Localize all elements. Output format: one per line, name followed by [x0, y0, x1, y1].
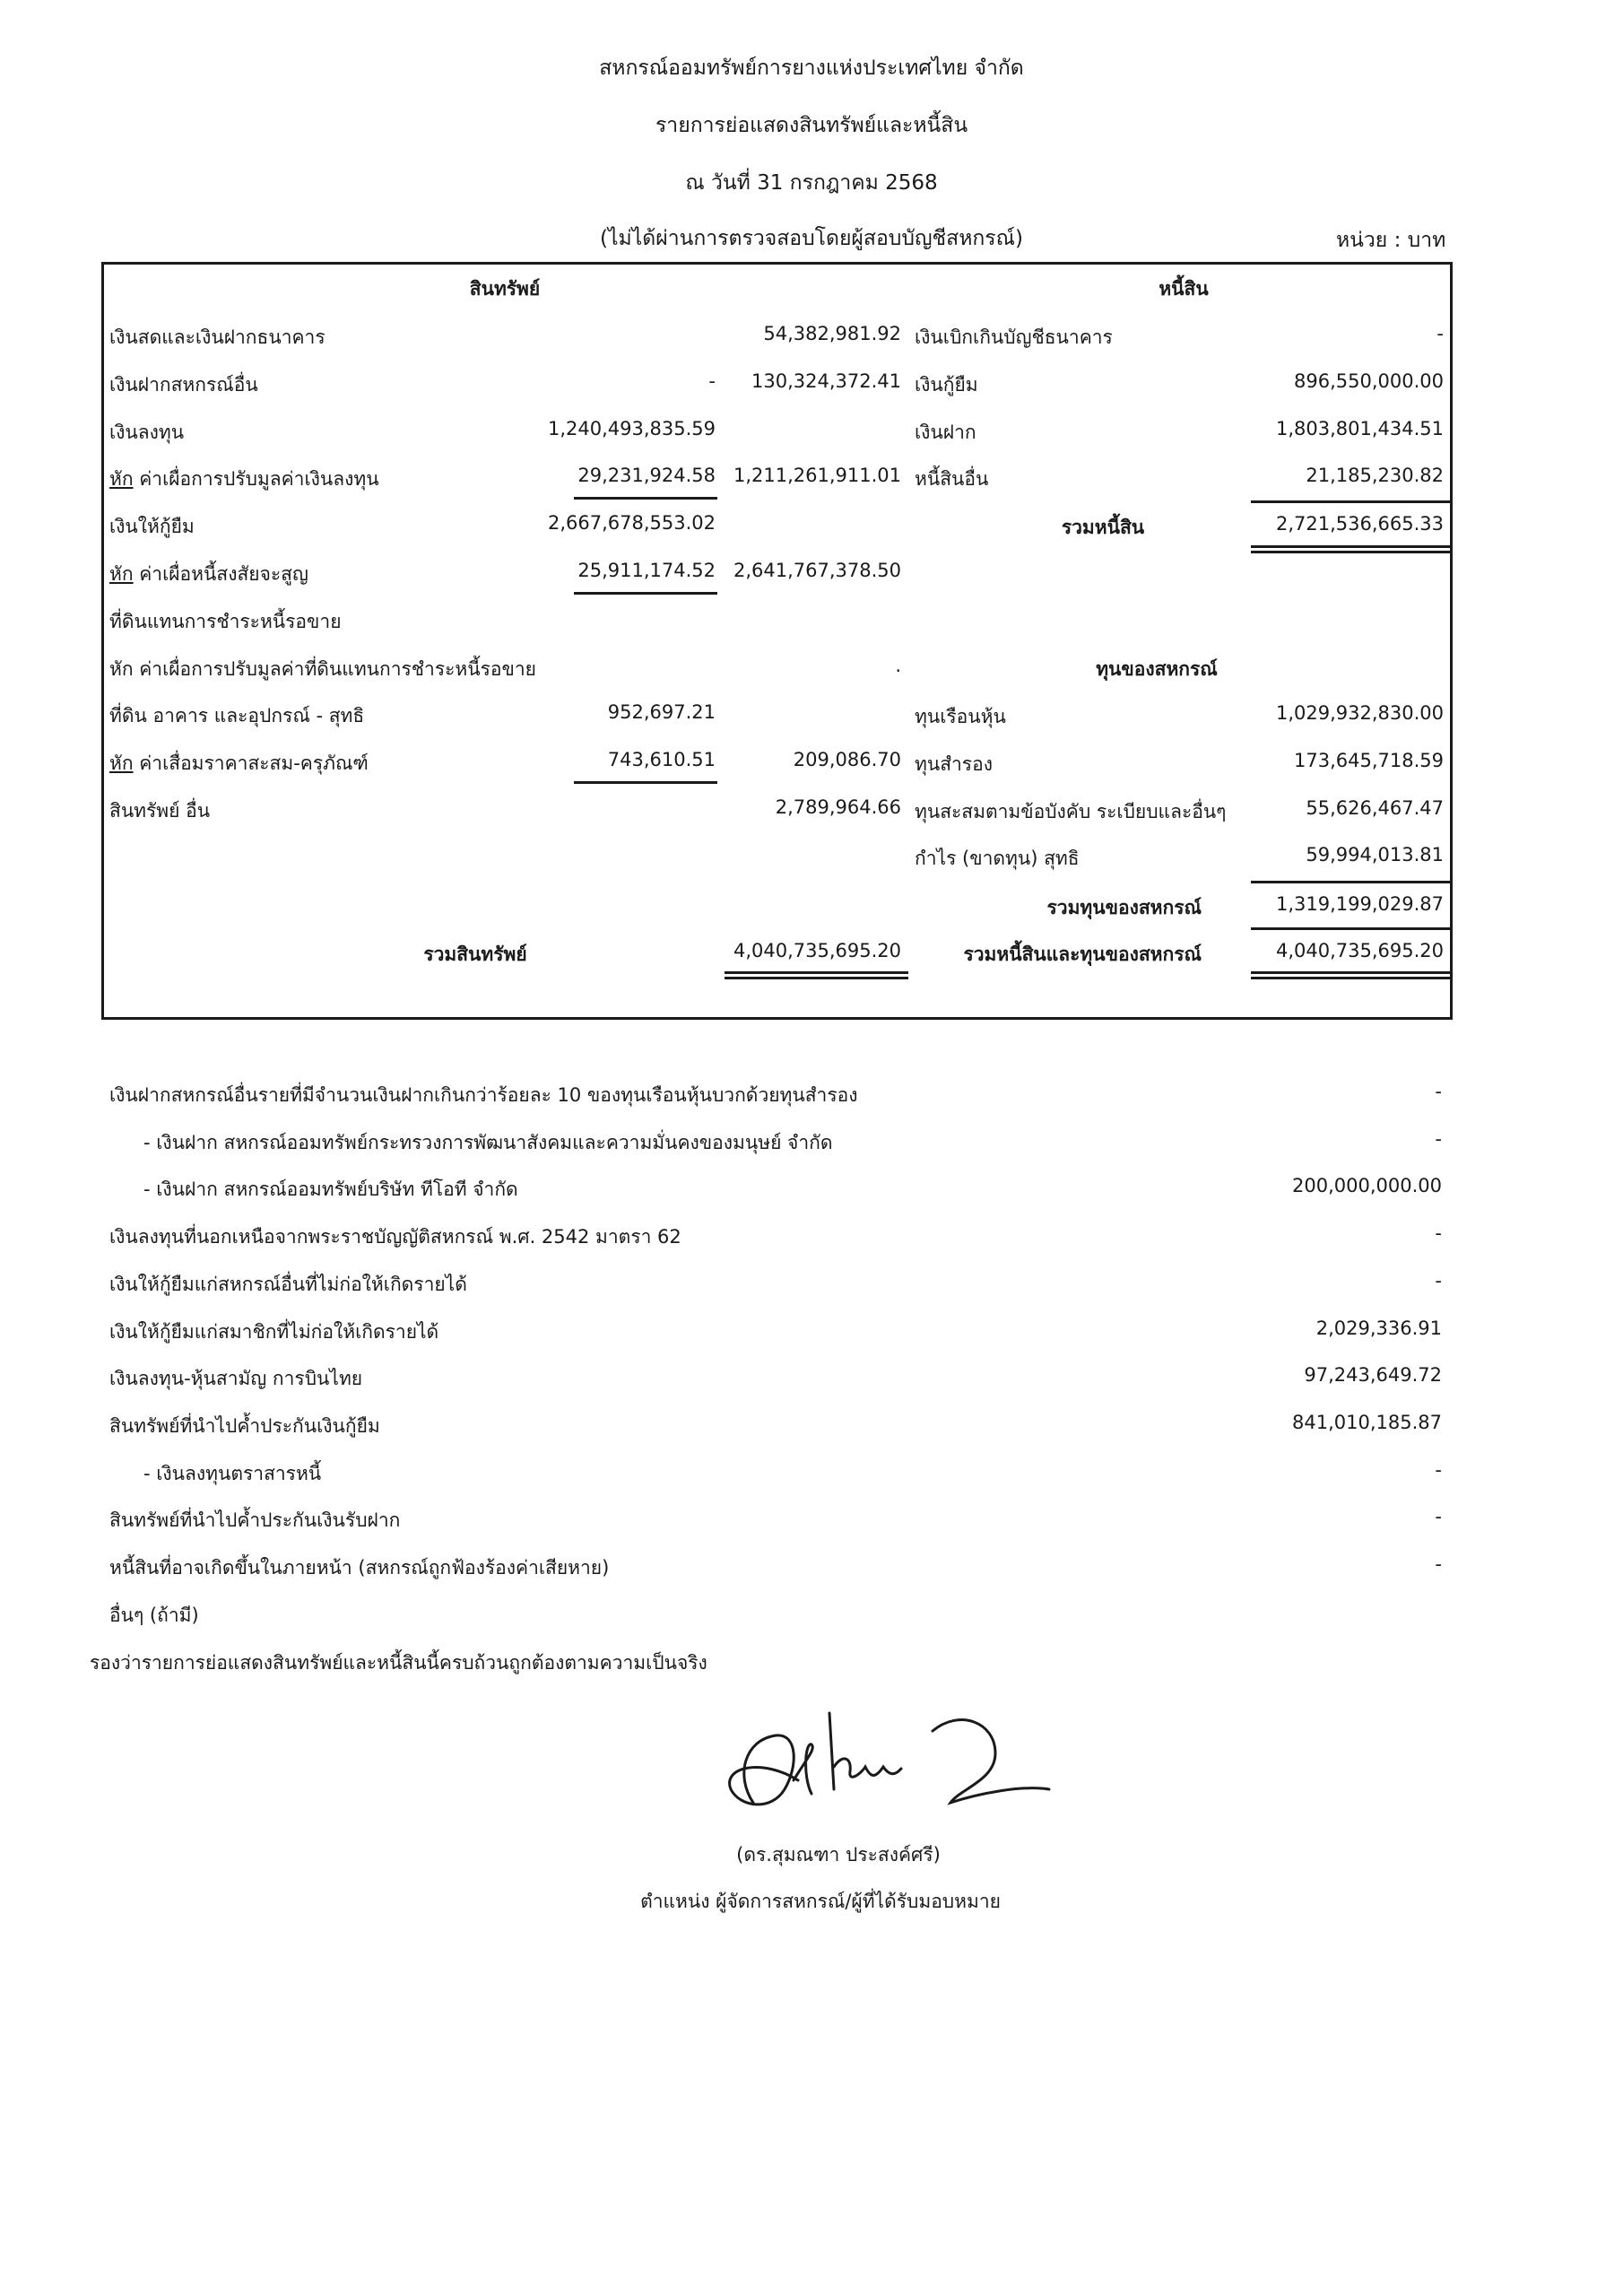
note-label: หนี้สินที่อาจเกิดขึ้นในภายหน้า (สหกรณ์ถู… [109, 1553, 609, 1583]
less-prefix: หัก [109, 752, 134, 774]
signatory-name: (ดร.สุมณฑา ประสงค์ศรี) [0, 1840, 1623, 1870]
signature-image [726, 1704, 1067, 1830]
total-equity-label: รวมทุนของสหกรณ์ [933, 893, 1202, 923]
asset-label: สินทรัพย์ อื่น [109, 796, 210, 826]
equity-amount: 55,626,467.47 [1251, 797, 1444, 819]
asset-total-amount: 2,641,767,378.50 [722, 560, 901, 581]
certification-text: รองว่ารายการย่อแสดงสินทรัพย์และหนี้สินนี… [90, 1648, 707, 1678]
asset-sub-amount: 952,697.21 [538, 701, 716, 723]
subtotal-line [574, 781, 717, 784]
note-label: อื่นๆ (ถ้ามี) [109, 1601, 199, 1631]
note-label: - เงินฝาก สหกรณ์ออมทรัพย์บริษัท ทีโอที จ… [143, 1175, 518, 1205]
note-value: - [1255, 1222, 1442, 1244]
equity-amount: 1,029,932,830.00 [1251, 702, 1444, 724]
asset-sub-amount: 25,911,174.52 [538, 560, 716, 581]
note-label: เงินให้กู้ยืมแก่สมาชิกที่ไม่ก่อให้เกิดรา… [109, 1318, 438, 1347]
asset-total-amount: 209,086.70 [722, 749, 901, 770]
asset-label: ที่ดินแทนการชำระหนี้รอขาย [109, 607, 342, 637]
note-value: - [1255, 1459, 1442, 1481]
less-prefix: หัก [109, 468, 134, 490]
asset-total-amount: 130,324,372.41 [722, 370, 901, 392]
total-equity-value: 1,319,199,029.87 [1251, 893, 1444, 915]
grand-total-label: รวมหนี้สินและทุนของสหกรณ์ [897, 940, 1202, 970]
asset-total-amount: . [722, 655, 901, 676]
asset-sub-amount: 1,240,493,835.59 [538, 418, 716, 439]
asset-label: หัก ค่าเสื่อมราคาสะสม-ครุภัณฑ์ [109, 749, 369, 778]
liabilities-heading: หนี้สิน [915, 274, 1453, 304]
asset-label: เงินสดและเงินฝากธนาคาร [109, 323, 325, 352]
asset-label: เงินลงทุน [109, 418, 184, 448]
note-label: สินทรัพย์ที่นำไปค้ำประกันเงินกู้ยืม [109, 1412, 380, 1441]
unit-label: หน่วย : บาท [1336, 224, 1445, 257]
total-assets-label: รวมสินทรัพย์ [341, 940, 610, 970]
note-value: - [1255, 1270, 1442, 1291]
subtotal-line [574, 497, 717, 500]
asset-label: เงินให้กู้ยืม [109, 512, 195, 542]
note-label: เงินลงทุน-หุ้นสามัญ การบินไทย [109, 1364, 362, 1394]
equity-label: ทุนเรือนหุ้น [915, 702, 1006, 732]
note-label: - เงินฝาก สหกรณ์ออมทรัพย์กระทรวงการพัฒนา… [143, 1128, 833, 1158]
signatory-position: ตำแหน่ง ผู้จัดการสหกรณ์/ผู้ที่ได้รับมอบห… [0, 1887, 1623, 1917]
subtotal-line [574, 592, 717, 595]
equity-label: ทุนสะสมตามข้อบังคับ ระเบียบและอื่นๆ [915, 797, 1226, 827]
note-value: 841,010,185.87 [1255, 1412, 1442, 1433]
equity-label: กำไร (ขาดทุน) สุทธิ [915, 844, 1080, 874]
note-value: 97,243,649.72 [1255, 1364, 1442, 1386]
assets-heading: สินทรัพย์ [101, 274, 908, 304]
asset-sub-amount: 29,231,924.58 [538, 465, 716, 486]
liability-amount: 896,550,000.00 [1251, 370, 1444, 392]
note-label: เงินให้กู้ยืมแก่สหกรณ์อื่นที่ไม่ก่อให้เก… [109, 1270, 467, 1300]
liability-amount: 21,185,230.82 [1251, 465, 1444, 486]
note-label: เงินลงทุนที่นอกเหนือจากพระราชบัญญัติสหกร… [109, 1222, 681, 1252]
grand-total-value: 4,040,735,695.20 [1251, 940, 1444, 961]
liability-label: หนี้สินอื่น [915, 465, 988, 494]
asset-sub-amount: - [538, 370, 716, 392]
note-value: 2,029,336.91 [1255, 1318, 1442, 1339]
equity-amount: 59,994,013.81 [1251, 844, 1444, 865]
double-underline [1251, 971, 1453, 979]
total-assets-value: 4,040,735,695.20 [722, 940, 901, 961]
report-title: รายการย่อแสดงสินทรัพย์และหนี้สิน [0, 109, 1623, 142]
subtotal-line [1251, 500, 1453, 503]
asset-sub-amount: 743,610.51 [538, 749, 716, 770]
liability-amount: 1,803,801,434.51 [1251, 418, 1444, 439]
asset-label: เงินฝากสหกรณ์อื่น [109, 370, 258, 400]
asset-total-amount: 54,382,981.92 [722, 323, 901, 344]
subtotal-line [1251, 881, 1453, 883]
asset-label: หัก ค่าเผื่อการปรับมูลค่าเงินลงทุน [109, 465, 379, 494]
subtotal-line [1251, 927, 1453, 930]
note-value: - [1255, 1506, 1442, 1527]
asset-sub-amount: 2,667,678,553.02 [538, 512, 716, 534]
asset-total-amount: 2,789,964.66 [722, 796, 901, 818]
equity-heading: ทุนของสหกรณ์ [968, 655, 1345, 684]
org-name: สหกรณ์ออมทรัพย์การยางแห่งประเทศไทย จำกัด [0, 52, 1623, 84]
equity-label: ทุนสำรอง [915, 750, 993, 779]
liability-amount: - [1251, 323, 1444, 344]
note-value: 200,000,000.00 [1255, 1175, 1442, 1196]
asset-label: ที่ดิน อาคาร และอุปกรณ์ - สุทธิ [109, 701, 364, 731]
note-label: สินทรัพย์ที่นำไปค้ำประกันเงินรับฝาก [109, 1506, 400, 1535]
less-prefix: หัก [109, 563, 134, 585]
note-value: - [1255, 1128, 1442, 1150]
liability-label: เงินเบิกเกินบัญชีธนาคาร [915, 323, 1113, 352]
asset-total-amount: 1,211,261,911.01 [722, 465, 901, 486]
note-value: - [1255, 1081, 1442, 1102]
liability-label: เงินฝาก [915, 418, 976, 448]
note-label: - เงินลงทุนตราสารหนี้ [143, 1459, 321, 1489]
asset-label: หัก ค่าเผื่อการปรับมูลค่าที่ดินแทนการชำร… [109, 655, 536, 684]
note-value: - [1255, 1553, 1442, 1575]
liability-label: เงินกู้ยืม [915, 370, 978, 400]
equity-amount: 173,645,718.59 [1251, 750, 1444, 771]
report-date: ณ วันที่ 31 กรกฎาคม 2568 [0, 167, 1623, 199]
total-liabilities-value: 2,721,536,665.33 [1251, 513, 1444, 535]
total-liabilities-label: รวมหนี้สิน [968, 513, 1237, 543]
note-label: เงินฝากสหกรณ์อื่นรายที่มีจำนวนเงินฝากเกิ… [109, 1081, 858, 1110]
asset-label: หัก ค่าเผื่อหนี้สงสัยจะสูญ [109, 560, 308, 589]
double-underline [1251, 545, 1453, 553]
double-underline [725, 971, 908, 979]
